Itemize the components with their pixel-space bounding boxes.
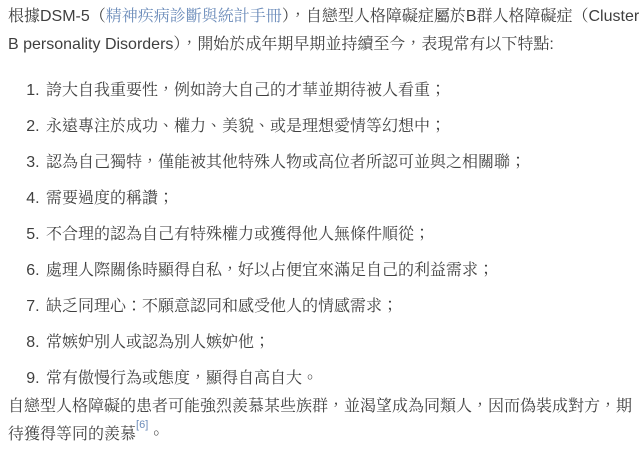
trait-item-8: 常嫉妒別人或認為別人嫉妒他； [44,329,640,357]
closing-text-before-ref: 待獲得等同的羨慕 [8,426,136,443]
reference-6-link[interactable]: [6] [136,419,148,431]
trait-item-6: 處理人際關係時顯得自私，好以占便宜來滿足自己的利益需求； [44,257,640,285]
closing-line-2: 待獲得等同的羨慕[6]。 [8,421,640,449]
reference-superscript: [6] [136,419,148,431]
intro-line-1: 根據DSM-5（精神疾病診斷與統計手冊），自戀型人格障礙症屬於B群人格障礙症（C… [8,3,640,31]
trait-item-7: 缺乏同理心：不願意認同和感受他人的情感需求； [44,293,640,321]
closing-line-1: 自戀型人格障礙的患者可能強烈羨慕某些族群，並渴望成為同類人，因而偽裝成對方，期 [8,393,640,421]
trait-item-3: 認為自己獨特，僅能被其他特殊人物或高位者所認可並與之相關聯； [44,149,640,177]
intro-text-after-link: ），自戀型人格障礙症屬於B群人格障礙症（Cluster [282,8,639,25]
trait-item-5: 不合理的認為自己有特殊權力或獲得他人無條件順從； [44,221,640,249]
intro-text-before-link: 根據DSM-5（ [8,8,106,25]
article-body: 根據DSM-5（精神疾病診斷與統計手冊），自戀型人格障礙症屬於B群人格障礙症（C… [0,0,640,450]
traits-list: 誇大自我重要性，例如誇大自己的才華並期待被人看重； 永遠專注於成功、權力、美貌、… [8,77,640,393]
closing-text-after-ref: 。 [148,426,164,443]
trait-item-2: 永遠專注於成功、權力、美貌、或是理想愛情等幻想中； [44,113,640,141]
dsm-manual-link[interactable]: 精神疾病診斷與統計手冊 [106,8,282,25]
closing-paragraph: 自戀型人格障礙的患者可能強烈羨慕某些族群，並渴望成為同類人，因而偽裝成對方，期 … [8,393,640,449]
trait-item-1: 誇大自我重要性，例如誇大自己的才華並期待被人看重； [44,77,640,105]
trait-item-4: 需要過度的稱讚； [44,185,640,213]
intro-line-2: B personality Disorders），開始於成年期早期並持續至今，表… [8,31,640,59]
trait-item-9: 常有傲慢行為或態度，顯得自高自大。 [44,365,640,393]
intro-paragraph: 根據DSM-5（精神疾病診斷與統計手冊），自戀型人格障礙症屬於B群人格障礙症（C… [8,3,640,59]
